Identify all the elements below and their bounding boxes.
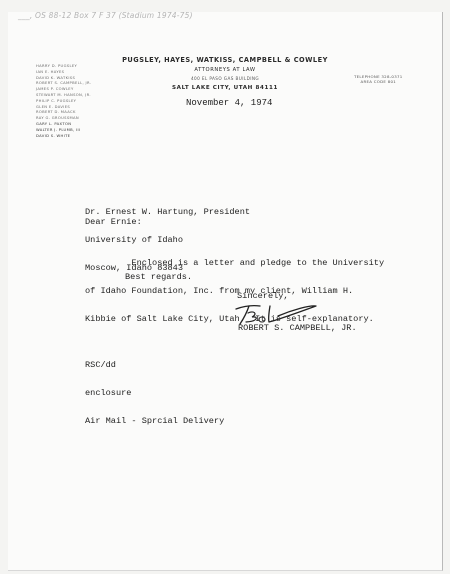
reference-initials: RSC/dd <box>85 361 224 370</box>
firm-subtitle: ATTORNEYS AT LAW <box>120 66 330 75</box>
firm-address: 400 EL PASO GAS BUILDING <box>120 75 330 83</box>
area-code: AREA CODE 801 <box>354 79 403 84</box>
delivery-notation: Air Mail - Sprcial Delivery <box>85 417 224 426</box>
archival-handwritten-note: ___, OS 88-12 Box 7 F 37 (Stadium 1974-7… <box>18 11 193 20</box>
signer-name: ROBERT S. CAMPBELL, JR. <box>238 324 357 333</box>
partner-name: STEWART M. HANSON, JR. <box>36 93 91 99</box>
enclosure-notation: enclosure <box>85 389 224 398</box>
letter-date: November 4, 1974 <box>186 99 272 108</box>
partner-name: DAVID S. WHITE <box>36 134 91 140</box>
letter-notations: RSC/dd enclosure Air Mail - Sprcial Deli… <box>85 343 224 435</box>
salutation: Dear Ernie: <box>85 218 142 227</box>
firm-name: PUGSLEY, HAYES, WATKISS, CAMPBELL & COWL… <box>120 55 330 66</box>
letterhead: PUGSLEY, HAYES, WATKISS, CAMPBELL & COWL… <box>120 55 330 93</box>
firm-phone: TELEPHONE 328-0371 AREA CODE 801 <box>354 74 403 85</box>
closing-remark: Best regards. <box>125 273 192 282</box>
partner-list: HARRY D. PUGSLEY IAN E. HAYES DAVID K. W… <box>36 64 91 139</box>
firm-city: SALT LAKE CITY, UTAH 84111 <box>120 83 330 93</box>
body-line: Enclosed is a letter and pledge to the U… <box>85 259 384 268</box>
body-line: of Idaho Foundation, Inc. from my client… <box>85 287 384 296</box>
